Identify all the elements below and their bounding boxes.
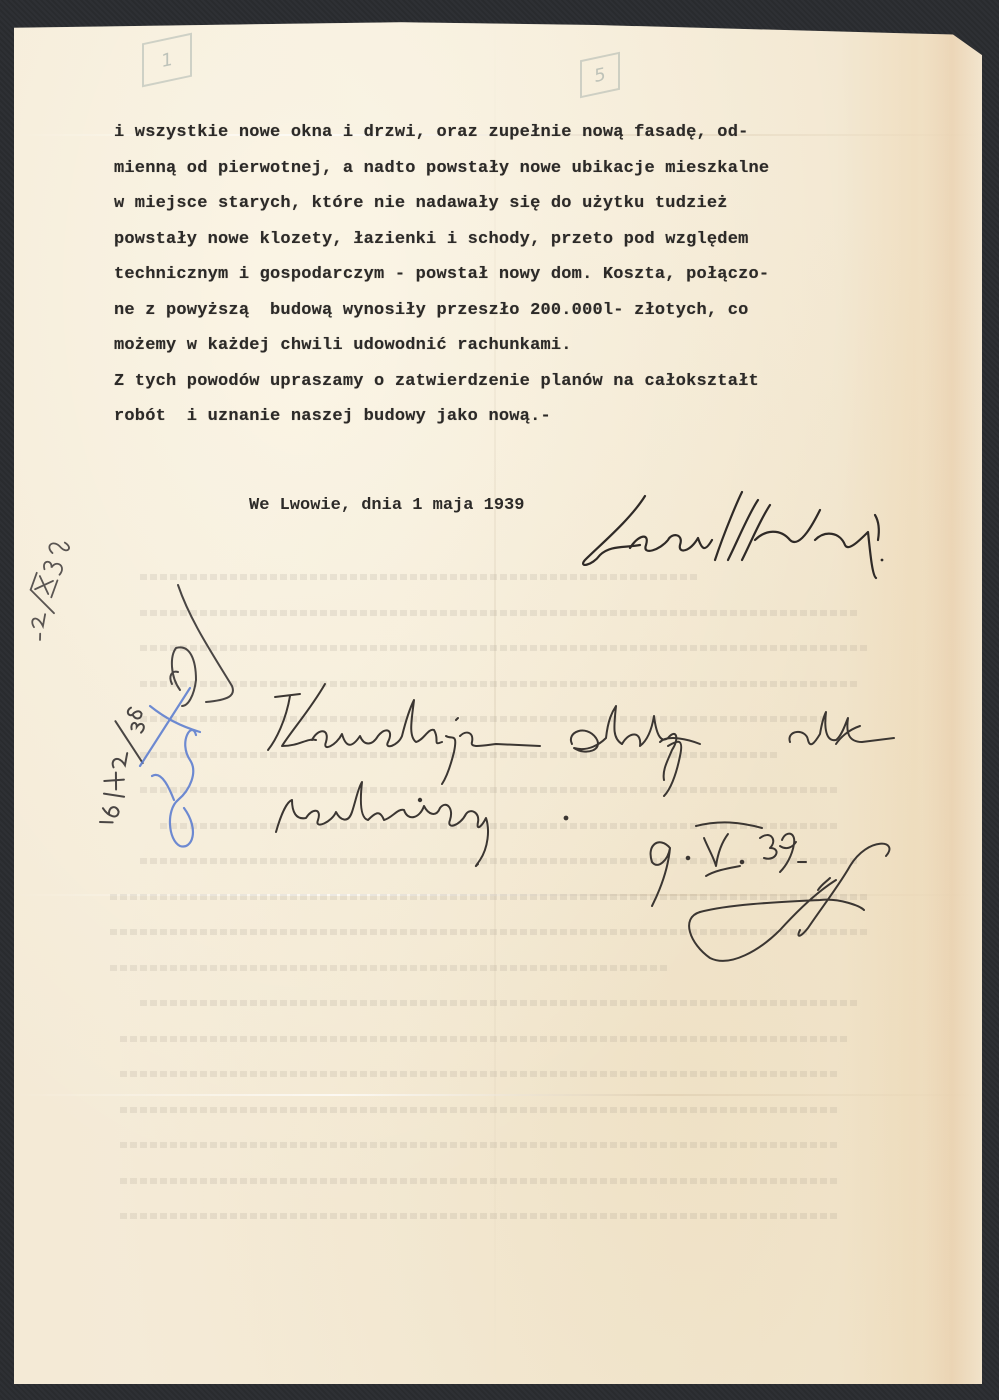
handwriting-strokes	[0, 0, 999, 1400]
